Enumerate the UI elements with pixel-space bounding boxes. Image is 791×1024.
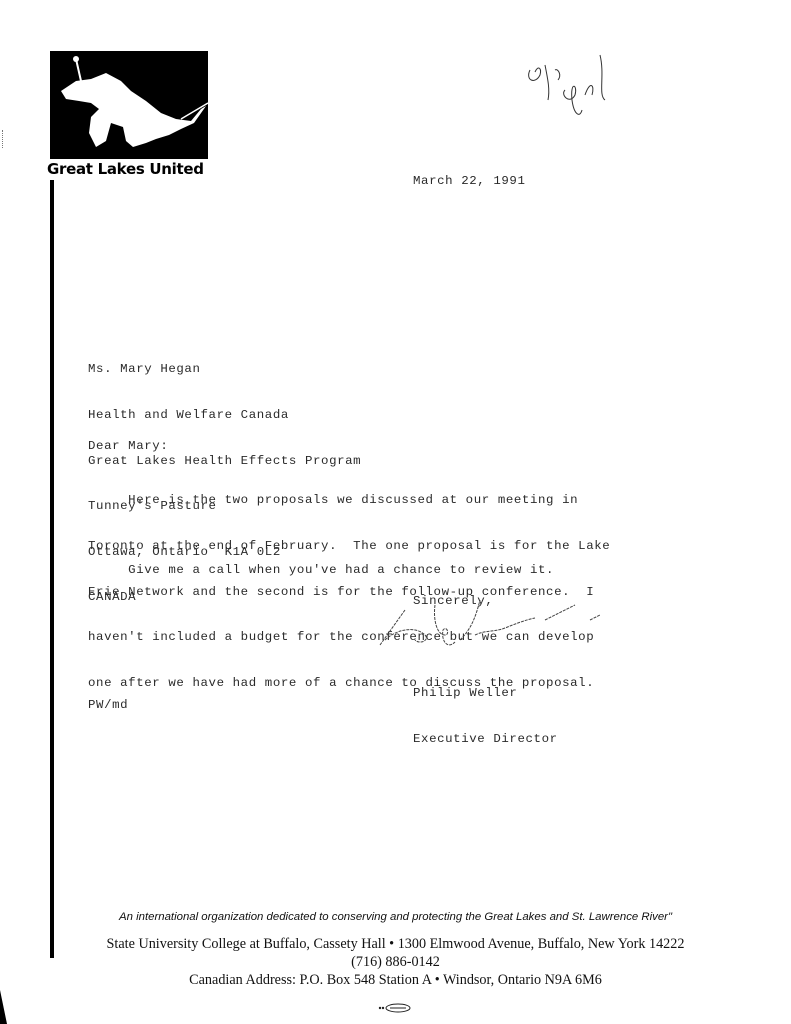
- salutation: Dear Mary:: [88, 439, 168, 453]
- letter-date: March 22, 1991: [413, 174, 526, 188]
- footer-phone: (716) 886-0142: [0, 954, 791, 971]
- edge-mark-bottom: [0, 990, 7, 1024]
- signer-title: Executive Director: [413, 732, 558, 747]
- address-line: Ms. Mary Hegan: [88, 362, 361, 377]
- organization-name: Great Lakes United: [47, 160, 204, 178]
- typist-initials: PW/md: [88, 698, 128, 712]
- footer-us-address: State University College at Buffalo, Cas…: [0, 936, 791, 953]
- left-rule: [50, 180, 54, 958]
- body-line: Here is the two proposals we discussed a…: [88, 493, 610, 508]
- signer-block: Philip Weller Executive Director: [413, 656, 558, 762]
- edge-mark-top: [2, 130, 4, 148]
- signer-name: Philip Weller: [413, 686, 558, 701]
- body-paragraph-2: Give me a call when you've had a chance …: [88, 563, 554, 577]
- great-lakes-map-icon: [51, 51, 208, 159]
- footer-tagline: An international organization dedicated …: [0, 911, 791, 923]
- footer-canadian-address: Canadian Address: P.O. Box 548 Station A…: [0, 972, 791, 989]
- union-bug-icon: [374, 1000, 418, 1010]
- body-line: Toronto at the end of February. The one …: [88, 539, 610, 554]
- handwritten-note: [510, 40, 620, 130]
- address-line: Health and Welfare Canada: [88, 408, 361, 423]
